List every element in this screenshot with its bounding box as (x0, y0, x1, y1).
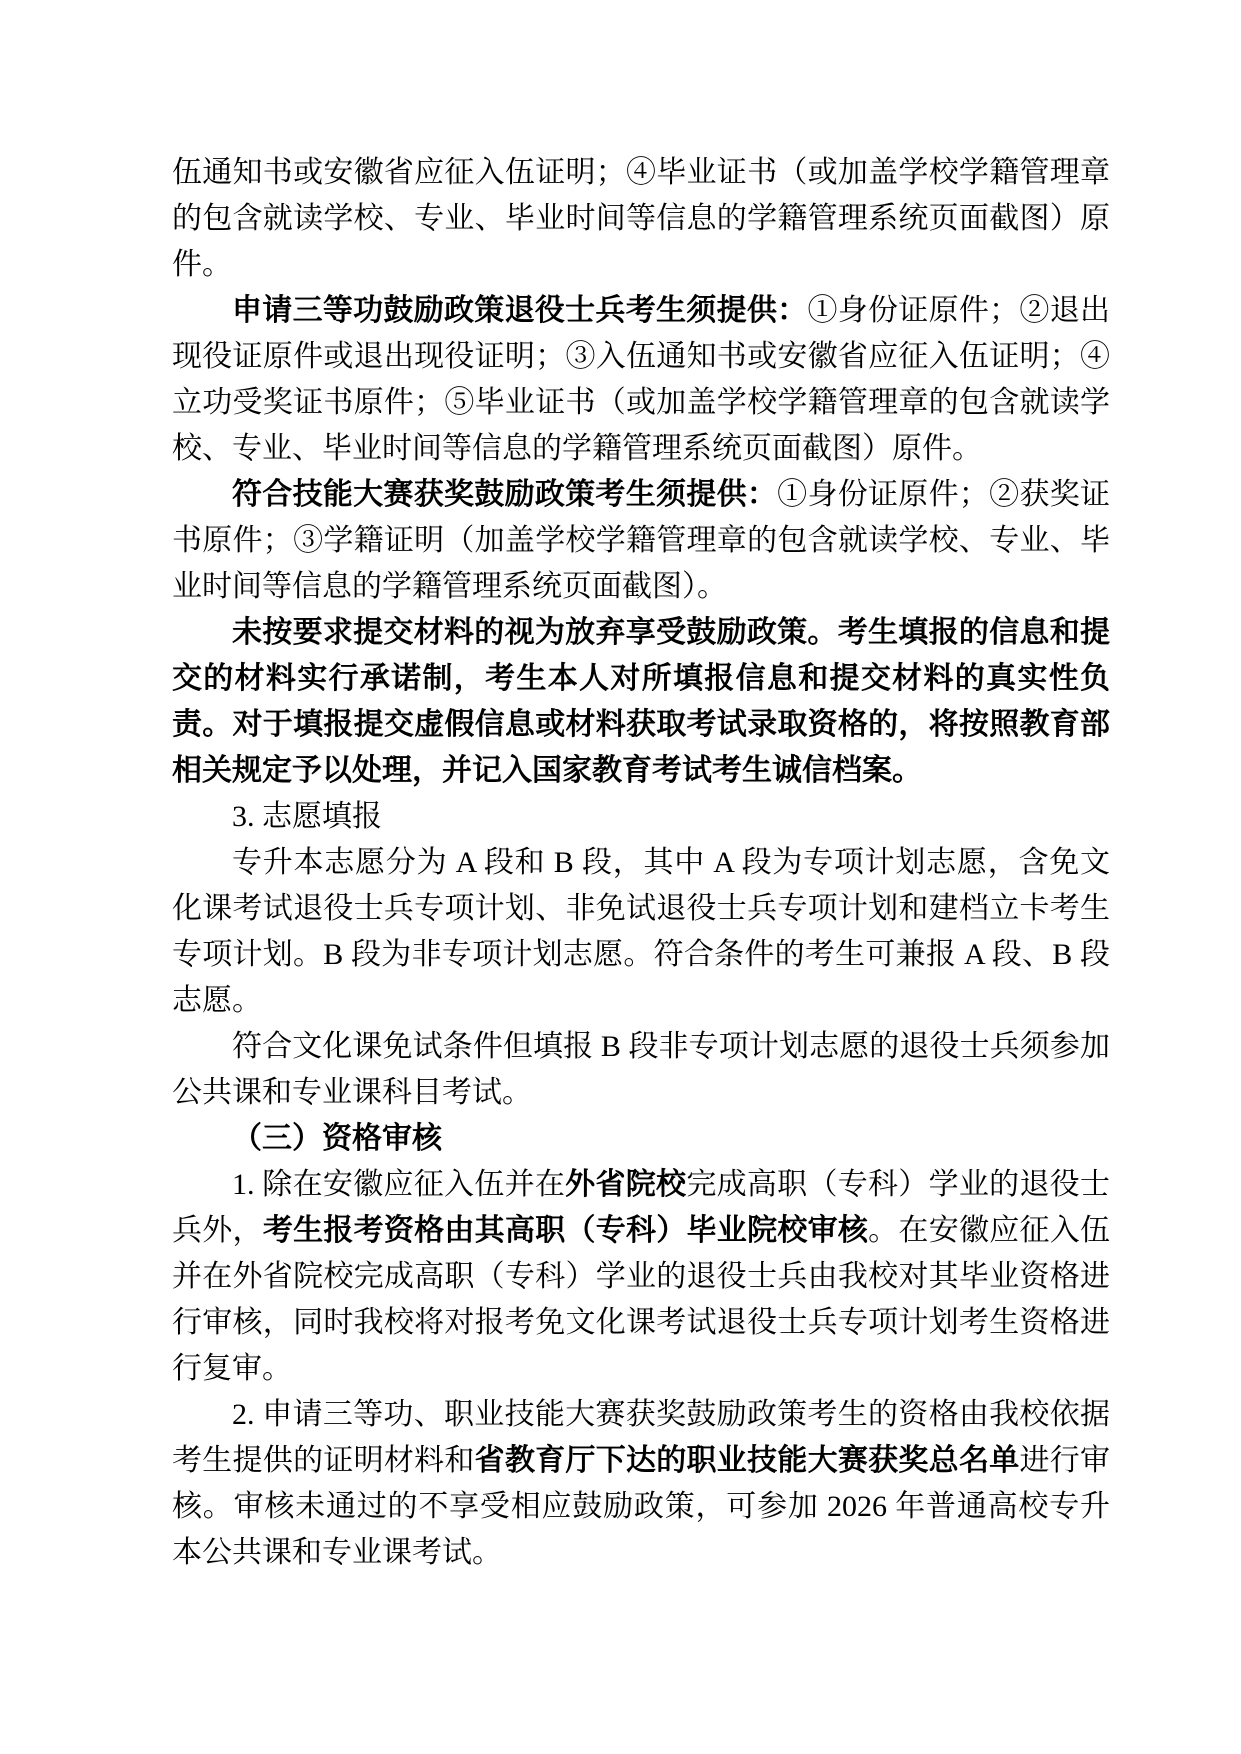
text-run: 伍通知书或安徽省应征入伍证明；④毕业证书（或加盖学校学籍管理章的包含就读学校、专… (172, 156, 1110, 281)
para-review-item-1: 1. 除在安徽应征入伍并在外省院校完成高职（专科）学业的退役士兵外，考生报考资格… (172, 1162, 1110, 1392)
text-run-bold: 考生报考资格由其高职（专科）毕业院校审核 (263, 1214, 868, 1247)
text-run-bold: 符合技能大赛获奖鼓励政策考生须提供： (232, 478, 777, 511)
text-run: 符合文化课免试条件但填报 B 段非专项计划志愿的退役士兵须参加公共课和专业课科目… (172, 1030, 1110, 1109)
document-page: 伍通知书或安徽省应征入伍证明；④毕业证书（或加盖学校学籍管理章的包含就读学校、专… (0, 0, 1241, 1754)
para-third-class-merit-materials: 申请三等功鼓励政策退役士兵考生须提供：①身份证原件；②退出现役证原件或退出现役证… (172, 288, 1110, 472)
heading-qualification-review: （三）资格审核 (172, 1116, 1110, 1162)
text-run-bold: 外省院校 (565, 1168, 686, 1201)
text-run: 专升本志愿分为 A 段和 B 段，其中 A 段为专项计划志愿，含免文化课考试退役… (172, 846, 1110, 1017)
text-run-bold: 申请三等功鼓励政策退役士兵考生须提供： (232, 294, 807, 327)
para-skill-competition-materials: 符合技能大赛获奖鼓励政策考生须提供：①身份证原件；②获奖证书原件；③学籍证明（加… (172, 472, 1110, 610)
document-body: 伍通知书或安徽省应征入伍证明；④毕业证书（或加盖学校学籍管理章的包含就读学校、专… (172, 150, 1110, 1576)
para-exempt-but-section-b: 符合文化课免试条件但填报 B 段非专项计划志愿的退役士兵须参加公共课和专业课科目… (172, 1024, 1110, 1116)
heading-volunteer-application: 3. 志愿填报 (172, 794, 1110, 840)
para-review-item-2: 2. 申请三等功、职业技能大赛获奖鼓励政策考生的资格由我校依据考生提供的证明材料… (172, 1392, 1110, 1576)
text-run: 3. 志愿填报 (232, 800, 382, 833)
text-run: 1. 除在安徽应征入伍并在 (232, 1168, 565, 1201)
text-run-bold: 省教育厅下达的职业技能大赛获奖总名单 (475, 1444, 1020, 1477)
para-commitment-warning: 未按要求提交材料的视为放弃享受鼓励政策。考生填报的信息和提交的材料实行承诺制，考… (172, 610, 1110, 794)
para-volunteer-sections: 专升本志愿分为 A 段和 B 段，其中 A 段为专项计划志愿，含免文化课考试退役… (172, 840, 1110, 1024)
para-enlistment-proof-continuation: 伍通知书或安徽省应征入伍证明；④毕业证书（或加盖学校学籍管理章的包含就读学校、专… (172, 150, 1110, 288)
text-run-bold: 未按要求提交材料的视为放弃享受鼓励政策。考生填报的信息和提交的材料实行承诺制，考… (172, 616, 1110, 787)
text-run-bold: （三）资格审核 (232, 1122, 442, 1155)
